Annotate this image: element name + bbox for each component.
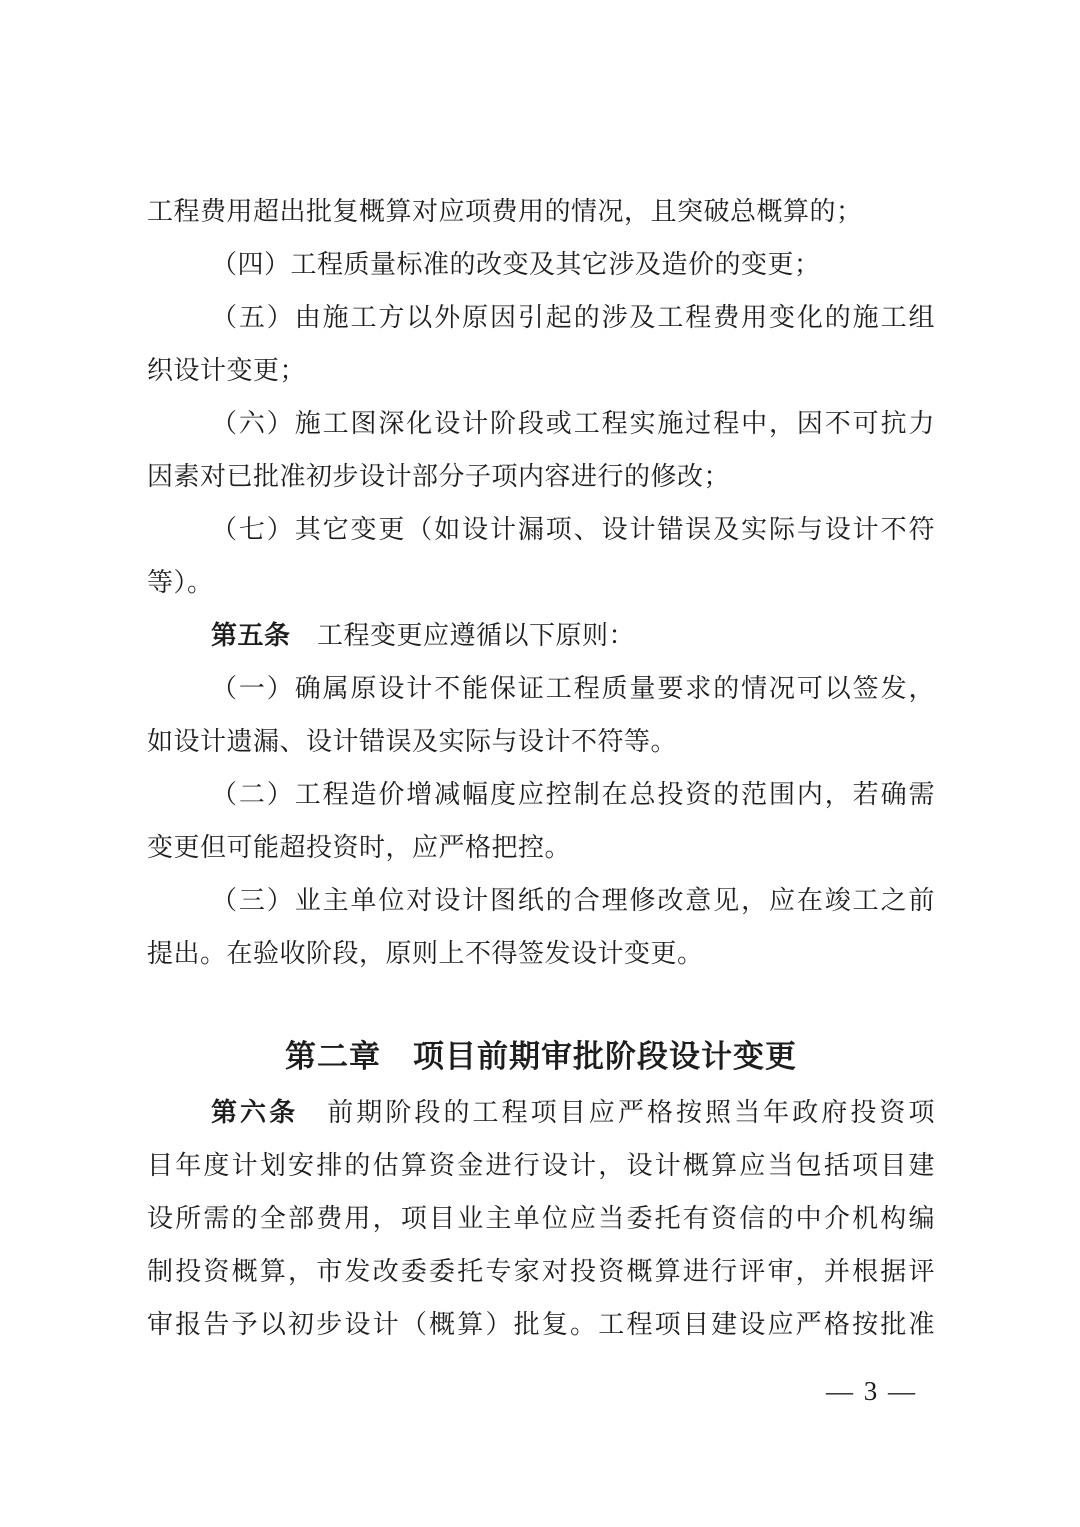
- document-line: （五）由施工方以外原因引起的涉及工程费用变化的施工组: [147, 291, 935, 344]
- document-line: （二）工程造价增减幅度应控制在总投资的范围内，若确需: [147, 768, 935, 821]
- article-number-label: 第五条: [211, 620, 291, 650]
- document-body: 工程费用超出批复概算对应项费用的情况，且突破总概算的；（四）工程质量标准的改变及…: [147, 185, 935, 1351]
- document-line: 目年度计划安排的估算资金进行设计，设计概算应当包括项目建: [147, 1139, 935, 1192]
- document-page: 工程费用超出批复概算对应项费用的情况，且突破总概算的；（四）工程质量标准的改变及…: [0, 0, 1080, 1527]
- chapter-number: 第二章: [285, 1039, 381, 1074]
- chapter-heading: 第二章 项目前期审批阶段设计变更: [147, 1028, 935, 1086]
- document-line: 织设计变更；: [147, 344, 935, 397]
- document-line: 设所需的全部费用，项目业主单位应当委托有资信的中介机构编: [147, 1192, 935, 1245]
- line-text: （五）由施工方以外原因引起的涉及工程费用变化的施工组: [211, 303, 935, 332]
- document-line: 变更但可能超投资时，应严格把控。: [147, 821, 935, 874]
- line-text: 因素对已批准初步设计部分子项内容进行的修改；: [147, 462, 730, 491]
- line-text: 目年度计划安排的估算资金进行设计，设计概算应当包括项目建: [147, 1151, 935, 1180]
- document-line: 提出。在验收阶段，原则上不得签发设计变更。: [147, 927, 935, 980]
- line-text: （四）工程质量标准的改变及其它涉及造价的变更；: [211, 250, 821, 279]
- line-text: 织设计变更；: [147, 356, 306, 385]
- document-line: 因素对已批准初步设计部分子项内容进行的修改；: [147, 450, 935, 503]
- chapter-title: 项目前期审批阶段设计变更: [381, 1039, 797, 1074]
- line-text: 工程费用超出批复概算对应项费用的情况，且突破总概算的；: [147, 197, 863, 226]
- line-text: （二）工程造价增减幅度应控制在总投资的范围内，若确需: [211, 780, 935, 809]
- line-text: 前期阶段的工程项目应严格按照当年政府投资项: [298, 1098, 935, 1127]
- line-text: （三）业主单位对设计图纸的合理修改意见，应在竣工之前: [211, 886, 935, 915]
- paragraph-spacer: [147, 980, 935, 1028]
- article-number-label: 第六条: [211, 1097, 298, 1127]
- line-text: （六）施工图深化设计阶段或工程实施过程中，因不可抗力: [211, 409, 935, 438]
- page-number-footer: — 3 —: [826, 1368, 917, 1414]
- document-line: 制投资概算，市发改委委托专家对投资概算进行评审，并根据评: [147, 1245, 935, 1298]
- line-text: 审报告予以初步设计（概算）批复。工程项目建设应严格按批准: [147, 1310, 935, 1339]
- document-line: （七）其它变更（如设计漏项、设计错误及实际与设计不符: [147, 503, 935, 556]
- document-line: 等）。: [147, 556, 935, 609]
- document-line: （三）业主单位对设计图纸的合理修改意见，应在竣工之前: [147, 874, 935, 927]
- line-text: 等）。: [147, 568, 214, 597]
- document-line: 第五条 工程变更应遵循以下原则：: [147, 609, 935, 662]
- line-text: 如设计遗漏、设计错误及实际与设计不符等。: [147, 727, 677, 756]
- document-line: （六）施工图深化设计阶段或工程实施过程中，因不可抗力: [147, 397, 935, 450]
- document-line: 工程费用超出批复概算对应项费用的情况，且突破总概算的；: [147, 185, 935, 238]
- document-line: 如设计遗漏、设计错误及实际与设计不符等。: [147, 715, 935, 768]
- document-line: 第六条 前期阶段的工程项目应严格按照当年政府投资项: [147, 1086, 935, 1139]
- line-text: （一）确属原设计不能保证工程质量要求的情况可以签发，: [211, 674, 935, 703]
- document-line: （一）确属原设计不能保证工程质量要求的情况可以签发，: [147, 662, 935, 715]
- document-line: 审报告予以初步设计（概算）批复。工程项目建设应严格按批准: [147, 1298, 935, 1351]
- line-text: 变更但可能超投资时，应严格把控。: [147, 833, 571, 862]
- line-text: 设所需的全部费用，项目业主单位应当委托有资信的中介机构编: [147, 1204, 935, 1233]
- document-line: （四）工程质量标准的改变及其它涉及造价的变更；: [147, 238, 935, 291]
- line-text: 提出。在验收阶段，原则上不得签发设计变更。: [147, 939, 704, 968]
- line-text: 工程变更应遵循以下原则：: [291, 621, 636, 650]
- line-text: （七）其它变更（如设计漏项、设计错误及实际与设计不符: [211, 515, 935, 544]
- line-text: 制投资概算，市发改委委托专家对投资概算进行评审，并根据评: [147, 1257, 935, 1286]
